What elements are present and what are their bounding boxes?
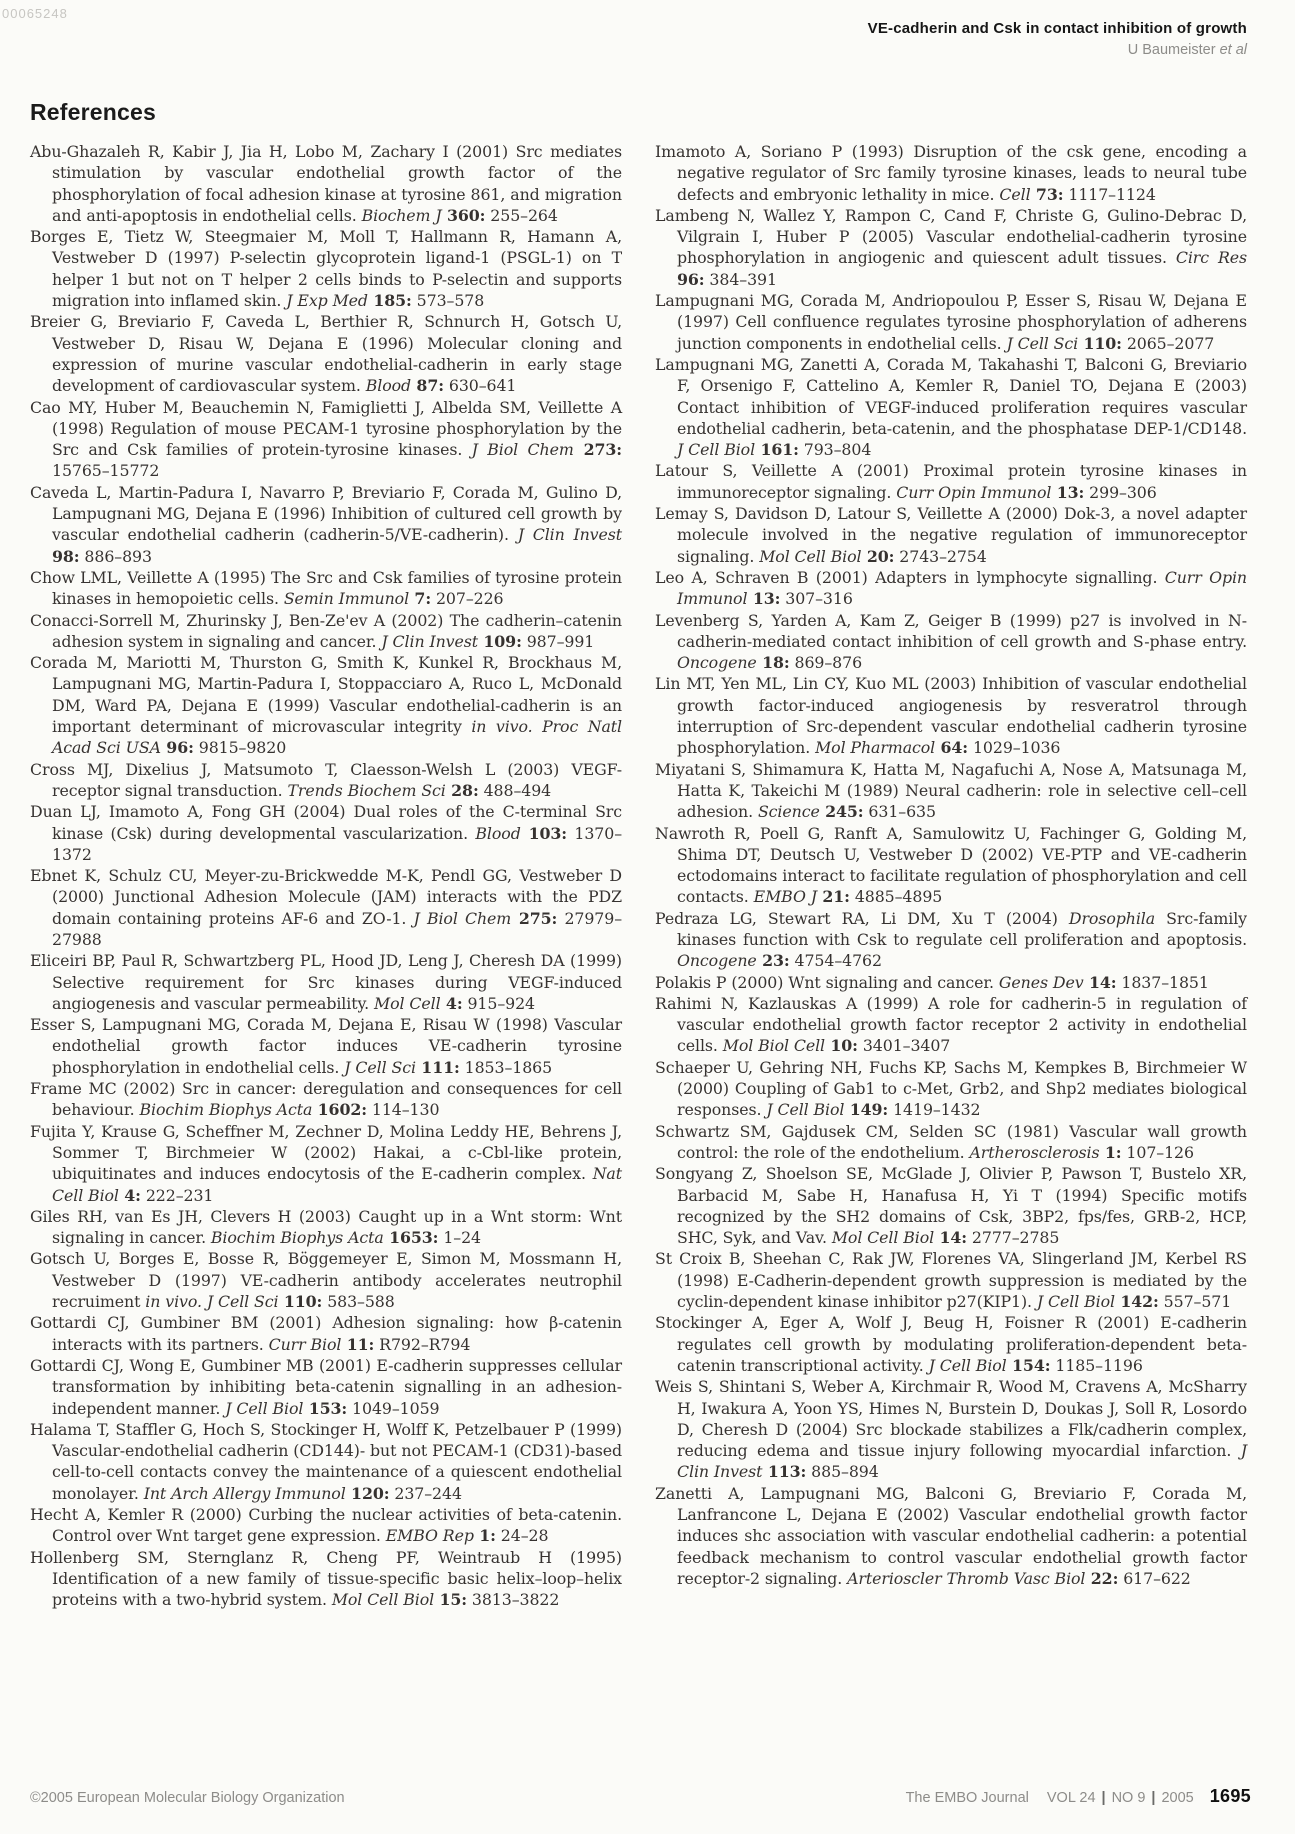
reference-entry: Lemay S, Davidson D, Latour S, Veillette… [655,503,1247,567]
reference-entry: Hollenberg SM, Sternglanz R, Cheng PF, W… [30,1547,622,1611]
copyright-text: ©2005 European Molecular Biology Organiz… [30,1790,345,1806]
reference-entry: St Croix B, Sheehan C, Rak JW, Florenes … [655,1248,1247,1312]
et-al-text: et al [1220,42,1247,58]
reference-entry: Pedraza LG, Stewart RA, Li DM, Xu T (200… [655,908,1247,972]
reference-entry: Duan LJ, Imamoto A, Fong GH (2004) Dual … [30,801,622,865]
reference-entry: Levenberg S, Yarden A, Kam Z, Geiger B (… [655,610,1247,674]
reference-entry: Cao MY, Huber M, Beauchemin N, Famigliet… [30,397,622,482]
volume-label: VOL 24 [1047,1790,1096,1806]
reference-entry: Lambeng N, Wallez Y, Rampon C, Cand F, C… [655,205,1247,290]
reference-entry: Borges E, Tietz W, Steegmaier M, Moll T,… [30,226,622,311]
scan-number: 00065248 [2,6,68,21]
reference-entry: Cross MJ, Dixelius J, Matsumoto T, Claes… [30,759,622,802]
reference-entry: Ebnet K, Schulz CU, Meyer-zu-Brickwedde … [30,865,622,950]
references-column-left: Abu-Ghazaleh R, Kabir J, Jia H, Lobo M, … [30,141,622,1610]
reference-entry: Halama T, Staffler G, Hoch S, Stockinger… [30,1419,622,1504]
reference-entry: Lampugnani MG, Corada M, Andriopoulou P,… [655,290,1247,354]
running-title: VE-cadherin and Csk in contact inhibitio… [868,20,1247,37]
reference-entry: Breier G, Breviario F, Caveda L, Berthie… [30,311,622,396]
reference-entry: Esser S, Lampugnani MG, Corada M, Dejana… [30,1014,622,1078]
reference-entry: Rahimi N, Kazlauskas A (1999) A role for… [655,993,1247,1057]
journal-info: The EMBO Journal VOL 24 | NO 9 | 2005 16… [906,1786,1251,1807]
reference-entry: Schwartz SM, Gajdusek CM, Selden SC (198… [655,1121,1247,1164]
separator-bar: | [1102,1790,1106,1806]
reference-entry: Gottardi CJ, Gumbiner BM (2001) Adhesion… [30,1312,622,1355]
separator-bar: | [1151,1790,1155,1806]
reference-entry: Giles RH, van Es JH, Clevers H (2003) Ca… [30,1206,622,1249]
reference-entry: Gotsch U, Borges E, Bosse R, Böggemeyer … [30,1248,622,1312]
reference-entry: Miyatani S, Shimamura K, Hatta M, Nagafu… [655,759,1247,823]
running-authors: U Baumeister et al [868,42,1247,58]
reference-entry: Frame MC (2002) Src in cancer: deregulat… [30,1078,622,1121]
reference-entry: Nawroth R, Poell G, Ranft A, Samulowitz … [655,823,1247,908]
issue-label: NO 9 [1112,1790,1146,1806]
page-footer: ©2005 European Molecular Biology Organiz… [30,1786,1251,1807]
reference-entry: Chow LML, Veillette A (1995) The Src and… [30,567,622,610]
section-title: References [30,99,156,126]
journal-name: The EMBO Journal [906,1790,1029,1806]
reference-entry: Schaeper U, Gehring NH, Fuchs KP, Sachs … [655,1057,1247,1121]
reference-entry: Latour S, Veillette A (2001) Proximal pr… [655,460,1247,503]
reference-entry: Polakis P (2000) Wnt signaling and cance… [655,972,1247,993]
reference-entry: Leo A, Schraven B (2001) Adapters in lym… [655,567,1247,610]
reference-entry: Abu-Ghazaleh R, Kabir J, Jia H, Lobo M, … [30,141,622,226]
reference-entry: Lin MT, Yen ML, Lin CY, Kuo ML (2003) In… [655,673,1247,758]
reference-entry: Stockinger A, Eger A, Wolf J, Beug H, Fo… [655,1312,1247,1376]
reference-entry: Conacci-Sorrell M, Zhurinsky J, Ben-Ze'e… [30,610,622,653]
reference-entry: Gottardi CJ, Wong E, Gumbiner MB (2001) … [30,1355,622,1419]
reference-entry: Fujita Y, Krause G, Scheffner M, Zechner… [30,1121,622,1206]
reference-entry: Imamoto A, Soriano P (1993) Disruption o… [655,141,1247,205]
reference-entry: Songyang Z, Shoelson SE, McGlade J, Oliv… [655,1163,1247,1248]
reference-entry: Corada M, Mariotti M, Thurston G, Smith … [30,652,622,758]
reference-entry: Hecht A, Kemler R (2000) Curbing the nuc… [30,1504,622,1547]
reference-entry: Zanetti A, Lampugnani MG, Balconi G, Bre… [655,1483,1247,1589]
running-head: VE-cadherin and Csk in contact inhibitio… [868,20,1247,58]
reference-entry: Weis S, Shintani S, Weber A, Kirchmair R… [655,1376,1247,1482]
references-column-right: Imamoto A, Soriano P (1993) Disruption o… [655,141,1247,1610]
reference-entry: Caveda L, Martin-Padura I, Navarro P, Br… [30,482,622,567]
page-number: 1695 [1210,1786,1251,1807]
year-label: 2005 [1161,1790,1193,1806]
reference-entry: Lampugnani MG, Zanetti A, Corada M, Taka… [655,354,1247,460]
reference-entry: Eliceiri BP, Paul R, Schwartzberg PL, Ho… [30,950,622,1014]
references-section: Abu-Ghazaleh R, Kabir J, Jia H, Lobo M, … [30,141,1247,1610]
